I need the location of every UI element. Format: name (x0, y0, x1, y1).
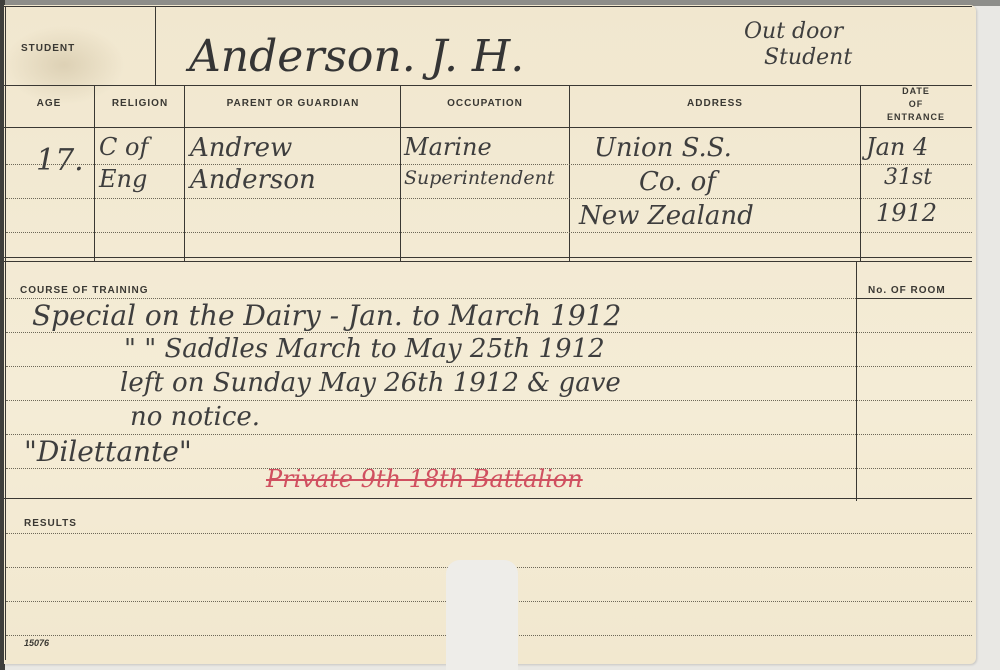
course-bottom (4, 498, 972, 499)
col-date-line3: ENTRANCE (860, 112, 972, 122)
entry-bottom-1 (4, 257, 972, 258)
age-value: 17. (36, 143, 84, 178)
header-row-bottom (4, 127, 972, 128)
entry-rule-1 (6, 164, 972, 165)
col-divider-1 (94, 85, 95, 261)
address-line2: Co. of (639, 167, 716, 197)
religion-line2: Eng (99, 165, 147, 193)
entry-rule-3 (6, 232, 972, 233)
col-age: AGE (14, 98, 84, 109)
address-line3: New Zealand (579, 201, 754, 231)
col-divider-2 (184, 85, 185, 261)
course-label: COURSE OF TRAINING (20, 285, 149, 296)
room-label-underline (856, 298, 972, 299)
address-line1: Union S.S. (594, 133, 732, 163)
col-religion: RELIGION (96, 98, 184, 109)
col-divider-5 (860, 85, 861, 261)
results-label: RESULTS (24, 518, 77, 529)
occupation-line1: Marine (404, 133, 492, 161)
room-divider (856, 261, 857, 501)
results-rule-1 (6, 533, 972, 534)
student-divider (155, 6, 156, 86)
col-parent: PARENT OR GUARDIAN (186, 98, 400, 109)
card-left-border (5, 6, 6, 660)
outdoor-annotation-line2: Student (764, 45, 852, 70)
course-line-1: Special on the Dairy - Jan. to March 191… (32, 299, 621, 332)
religion-line1: C of (99, 133, 148, 161)
col-address: ADDRESS (570, 98, 860, 109)
entry-rule-2 (6, 198, 972, 199)
student-name: Anderson. J. H. (189, 31, 524, 82)
course-line-2: " " Saddles March to May 25th 1912 (124, 334, 605, 364)
col-divider-4 (569, 85, 570, 261)
date-line2: 31st (884, 165, 932, 190)
date-line3: 1912 (876, 199, 937, 227)
course-rule-3 (6, 366, 972, 367)
entry-bottom-2 (4, 261, 972, 262)
col-divider-3 (400, 85, 401, 261)
outdoor-annotation-line1: Out door (744, 19, 843, 44)
struck-military-note: Private 9th 18th Battalion (266, 465, 583, 493)
date-line1: Jan 4 (866, 133, 928, 161)
course-line-3: left on Sunday May 26th 1912 & gave (120, 368, 621, 398)
form-number: 15076 (24, 638, 49, 648)
course-rule-2 (6, 332, 972, 333)
parent-line2: Anderson (190, 165, 316, 195)
student-row-bottom (4, 85, 972, 86)
course-line-5: "Dilettante" (24, 435, 192, 468)
card-top-border (4, 6, 972, 7)
parent-line1: Andrew (190, 133, 292, 163)
filing-notch (446, 560, 518, 670)
occupation-line2: Superintendent (404, 167, 554, 189)
col-date-line2: OF (860, 99, 972, 109)
col-date-line1: DATE (860, 86, 972, 96)
col-occupation: OCCUPATION (400, 98, 570, 109)
course-line-4: no notice. (130, 402, 260, 432)
course-rule-4 (6, 400, 972, 401)
room-label: No. OF ROOM (868, 285, 946, 296)
student-label: STUDENT (21, 43, 75, 54)
